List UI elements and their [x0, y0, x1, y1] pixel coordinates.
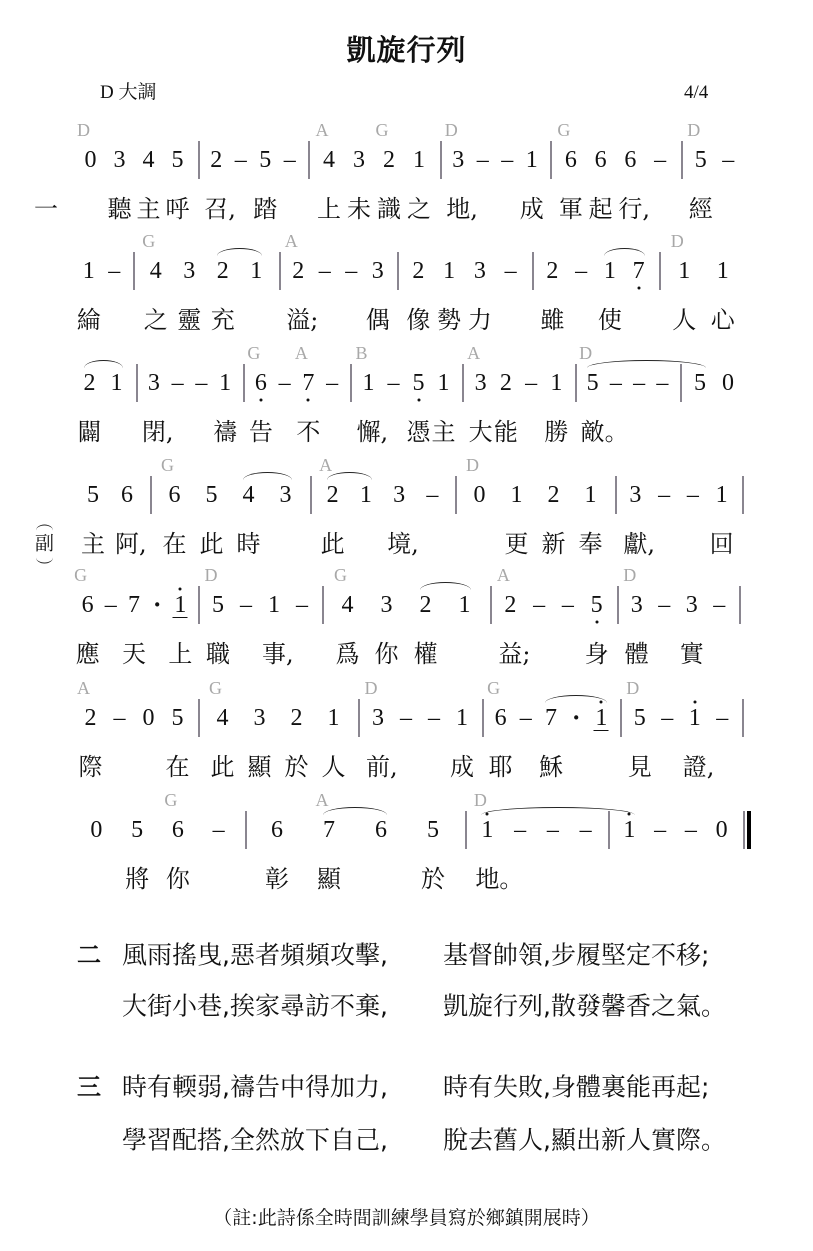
sustain-dash: –	[716, 706, 728, 730]
note: 5	[172, 706, 184, 730]
lyric-syllable: 人	[672, 308, 696, 332]
sustain-dash: –	[722, 148, 734, 172]
lyric-syllable: 穌	[539, 755, 563, 779]
bar-line	[462, 364, 464, 402]
octave-dot-below	[417, 399, 420, 402]
bar-line	[608, 811, 610, 849]
lyric-syllable: 綸	[77, 308, 101, 332]
lyric-syllable: 上	[168, 642, 192, 666]
note: 1	[443, 259, 455, 283]
sustain-dash: –	[575, 259, 587, 283]
lyric-syllable: 權	[414, 642, 438, 666]
lyric-syllable: 勝	[544, 420, 568, 444]
lyric-syllable: 未	[347, 197, 371, 221]
chord-symbol: G	[209, 679, 222, 697]
lyric-syllable: 勢	[437, 308, 461, 332]
sustain-dash: –	[319, 259, 331, 283]
bar-line	[659, 252, 661, 290]
bar-line	[322, 586, 324, 624]
lyric-syllable: 靈	[177, 308, 201, 332]
chord-symbol: G	[164, 791, 177, 809]
chord-symbol: A	[319, 456, 332, 474]
lyric-syllable: 經	[689, 197, 713, 221]
chord-symbol: A	[467, 344, 480, 362]
sustain-dash: –	[428, 706, 440, 730]
sustain-dash: –	[713, 593, 725, 617]
octave-dot-below	[637, 287, 640, 290]
sustain-dash: –	[213, 818, 225, 842]
note: 4	[243, 483, 255, 507]
slur	[327, 472, 372, 480]
sustain-dash: –	[388, 371, 400, 395]
slur	[323, 807, 387, 815]
note: 3	[474, 259, 486, 283]
lyric-syllable: 職	[206, 642, 230, 666]
note: 0	[716, 818, 728, 842]
augmentation-dot: ·	[572, 705, 581, 731]
lyric-syllable: 身	[585, 642, 609, 666]
lyric-syllable: 之	[407, 197, 431, 221]
note: 1	[604, 259, 616, 283]
chord-symbol: D	[466, 456, 479, 474]
note: 6	[595, 148, 607, 172]
bar-line	[455, 476, 457, 514]
sustain-dash: –	[345, 259, 357, 283]
lyric-syllable: 大	[469, 420, 493, 444]
note: 1	[689, 706, 701, 730]
note: 1	[250, 259, 262, 283]
lyric-syllable: 此	[321, 532, 345, 556]
lyric-syllable: 顯	[248, 755, 272, 779]
lyric-syllable: 力	[468, 308, 492, 332]
lyric-syllable: 呼	[166, 197, 190, 221]
note: 2	[292, 259, 304, 283]
note: 7	[633, 259, 645, 283]
note: 3	[686, 593, 698, 617]
note: 0	[85, 148, 97, 172]
sustain-dash: –	[685, 818, 697, 842]
chord-symbol: G	[161, 456, 174, 474]
verse-line: 時有輭弱,禱告中得加力,	[122, 1075, 388, 1100]
verse-line: 風雨搖曳,惡者頻頻攻擊,	[122, 943, 388, 968]
verse-line: 脫去舊人,顯出新人實際。	[443, 1128, 726, 1153]
verse-number: 二	[77, 943, 101, 967]
bar-line	[279, 252, 281, 290]
lyric-syllable: 闢	[78, 420, 102, 444]
note: 6	[271, 818, 283, 842]
note: 1	[595, 706, 607, 730]
note: 4	[342, 593, 354, 617]
lyric-syllable: 此	[200, 532, 224, 556]
note: 6	[169, 483, 181, 507]
chord-symbol: A	[295, 344, 308, 362]
octave-dot-above	[693, 701, 696, 704]
lyric-syllable: 告	[249, 420, 273, 444]
lyric-syllable: 軍	[559, 197, 583, 221]
note: 2	[546, 259, 558, 283]
chord-symbol: D	[579, 344, 592, 362]
sustain-dash: –	[501, 148, 513, 172]
sustain-dash: –	[172, 371, 184, 395]
lyric-syllable: 在	[166, 755, 190, 779]
sustain-dash: –	[661, 706, 673, 730]
lyric-syllable: 實	[680, 642, 704, 666]
lyric-syllable: 地,	[446, 197, 478, 221]
note: 5	[87, 483, 99, 507]
sustain-dash: –	[656, 371, 668, 395]
sustain-dash: –	[284, 148, 296, 172]
lyric-syllable: 成	[450, 755, 474, 779]
lyric-syllable: 能	[494, 420, 518, 444]
sustain-dash: –	[654, 818, 666, 842]
chord-symbol: G	[557, 121, 570, 139]
note: 2	[383, 148, 395, 172]
bar-line	[198, 586, 200, 624]
lyric-syllable: 主	[81, 532, 105, 556]
verse-line: 大街小巷,挨家尋訪不棄,	[122, 994, 388, 1019]
note: 2	[420, 593, 432, 617]
refrain-marker: 副	[35, 535, 54, 554]
verse-number: 三	[77, 1075, 101, 1099]
sustain-dash: –	[533, 593, 545, 617]
note: 0	[90, 818, 102, 842]
chord-symbol: G	[74, 566, 87, 584]
bar-line	[198, 141, 200, 179]
lyric-syllable: 體	[625, 642, 649, 666]
note: 1	[511, 483, 523, 507]
note: 2	[548, 483, 560, 507]
lyric-syllable: 顯	[317, 867, 341, 891]
bar-line	[617, 586, 619, 624]
note: 3	[393, 483, 405, 507]
note: 1	[550, 371, 562, 395]
sustain-dash: –	[525, 371, 537, 395]
lyric-syllable: 起	[589, 197, 613, 221]
sustain-dash: –	[580, 818, 592, 842]
sustain-dash: –	[240, 593, 252, 617]
lyric-syllable: 耶	[489, 755, 513, 779]
sustain-dash: –	[547, 818, 559, 842]
bar-line	[440, 141, 442, 179]
note: 4	[143, 148, 155, 172]
note: 5	[591, 593, 603, 617]
lyric-syllable: 雖	[540, 308, 564, 332]
slur	[604, 248, 645, 256]
sustain-dash: –	[105, 593, 117, 617]
lyric-syllable: 獻,	[623, 532, 655, 556]
note: 2	[412, 259, 424, 283]
final-barline-thin	[743, 811, 745, 849]
note: 6	[82, 593, 94, 617]
octave-dot-above	[179, 588, 182, 591]
bar-line	[245, 811, 247, 849]
chord-symbol: D	[687, 121, 700, 139]
slur	[545, 695, 607, 703]
note: 5	[694, 371, 706, 395]
note: 3	[114, 148, 126, 172]
lyric-syllable: 奉	[579, 532, 603, 556]
slur	[587, 360, 706, 368]
chord-symbol: A	[285, 232, 298, 250]
note: 6	[255, 371, 267, 395]
note: 1	[481, 818, 493, 842]
bar-line	[310, 476, 312, 514]
chord-symbol: D	[623, 566, 636, 584]
chord-symbol: G	[334, 566, 347, 584]
note: 4	[217, 706, 229, 730]
bar-line	[397, 252, 399, 290]
sustain-dash: –	[658, 483, 670, 507]
note: 3	[629, 483, 641, 507]
octave-dot-below	[307, 399, 310, 402]
note: 3	[280, 483, 292, 507]
lyric-syllable: 主	[432, 420, 456, 444]
lyric-syllable: 彰	[265, 867, 289, 891]
chord-symbol: G	[487, 679, 500, 697]
sustain-dash: –	[654, 148, 666, 172]
note: 6	[565, 148, 577, 172]
note: 1	[717, 259, 729, 283]
bar-line	[243, 364, 245, 402]
octave-dot-below	[595, 621, 598, 624]
note: 3	[381, 593, 393, 617]
note: 5	[206, 483, 218, 507]
note: 6	[624, 148, 636, 172]
lyric-syllable: 爲	[336, 642, 360, 666]
bar-line	[742, 699, 744, 737]
sustain-dash: –	[514, 818, 526, 842]
note: 1	[328, 706, 340, 730]
lyric-syllable: 心	[711, 308, 735, 332]
lyric-syllable: 人	[322, 755, 346, 779]
chord-symbol: G	[247, 344, 260, 362]
note: 5	[172, 148, 184, 172]
note: 3	[148, 371, 160, 395]
sustain-dash: –	[108, 259, 120, 283]
bar-line	[308, 141, 310, 179]
bar-line	[133, 252, 135, 290]
note: 2	[291, 706, 303, 730]
chord-symbol: A	[77, 679, 90, 697]
bar-line	[620, 699, 622, 737]
note: 7	[128, 593, 140, 617]
lyric-syllable: 時	[237, 532, 261, 556]
chord-symbol: A	[316, 791, 329, 809]
lyric-syllable: 成	[520, 197, 544, 221]
note: 1	[111, 371, 123, 395]
lyric-syllable: 更	[505, 532, 529, 556]
eighth-note-underline	[173, 617, 188, 618]
note: 0	[474, 483, 486, 507]
note: 6	[375, 818, 387, 842]
note: 3	[254, 706, 266, 730]
lyric-syllable: 你	[375, 642, 399, 666]
chord-symbol: D	[445, 121, 458, 139]
sheet-music-page: 凱旋行列 D 大調 4/4 一0D3聽4主5呼2召,–5踏–4A上3未2G識1之…	[0, 0, 813, 1251]
note: 3	[452, 148, 464, 172]
slur	[84, 360, 123, 368]
sustain-dash: –	[633, 371, 645, 395]
note: 6	[121, 483, 133, 507]
note: 1	[526, 148, 538, 172]
sustain-dash: –	[400, 706, 412, 730]
sustain-dash: –	[505, 259, 517, 283]
note: 1	[623, 818, 635, 842]
song-title: 凱旋行列	[0, 32, 813, 68]
chord-symbol: A	[497, 566, 510, 584]
sustain-dash: –	[296, 593, 308, 617]
lyric-syllable: 踏	[253, 197, 277, 221]
lyric-syllable: 在	[163, 532, 187, 556]
lyric-syllable: 境,	[387, 532, 419, 556]
verse-number: 一	[34, 197, 58, 221]
lyric-syllable: 天	[122, 642, 146, 666]
lyric-syllable: 識	[377, 197, 401, 221]
note: 3	[372, 259, 384, 283]
note: 2	[210, 148, 222, 172]
lyric-syllable: 憑	[407, 420, 431, 444]
note: 7	[302, 371, 314, 395]
chord-symbol: A	[316, 121, 329, 139]
lyric-syllable: 於	[285, 755, 309, 779]
lyric-syllable: 益;	[498, 642, 530, 666]
sustain-dash: –	[235, 148, 247, 172]
lyric-syllable: 召,	[204, 197, 236, 221]
sustain-dash: –	[520, 706, 532, 730]
verse-line: 凱旋行列,散發馨香之氣。	[443, 994, 726, 1019]
note: 5	[413, 371, 425, 395]
note: 5	[259, 148, 271, 172]
eighth-note-underline	[594, 730, 609, 731]
bar-line	[681, 141, 683, 179]
bar-line	[465, 811, 467, 849]
sustain-dash: –	[426, 483, 438, 507]
sustain-dash: –	[477, 148, 489, 172]
sustain-dash: –	[562, 593, 574, 617]
note: 1	[174, 593, 186, 617]
chord-symbol: D	[626, 679, 639, 697]
note: 2	[327, 483, 339, 507]
sustain-dash: –	[279, 371, 291, 395]
note: 1	[219, 371, 231, 395]
lyric-syllable: 主	[137, 197, 161, 221]
lyric-syllable: 阿,	[115, 532, 147, 556]
note: 1	[438, 371, 450, 395]
augmentation-dot: ·	[153, 592, 162, 618]
bar-line	[350, 364, 352, 402]
bar-line	[739, 586, 741, 624]
lyric-syllable: 將	[125, 867, 149, 891]
note: 5	[695, 148, 707, 172]
lyric-syllable: 偶	[366, 308, 390, 332]
note: 1	[268, 593, 280, 617]
lyric-syllable: 不	[296, 420, 320, 444]
slur	[243, 472, 292, 480]
chord-symbol: B	[355, 344, 367, 362]
chord-symbol: D	[365, 679, 378, 697]
lyric-syllable: 事,	[262, 642, 294, 666]
note: 2	[84, 371, 96, 395]
note: 1	[456, 706, 468, 730]
note: 5	[427, 818, 439, 842]
chord-symbol: D	[671, 232, 684, 250]
note: 2	[217, 259, 229, 283]
bar-line	[198, 699, 200, 737]
time-signature: 4/4	[684, 81, 708, 105]
note: 1	[413, 148, 425, 172]
sustain-dash: –	[658, 593, 670, 617]
note: 2	[504, 593, 516, 617]
lyric-syllable: 新	[542, 532, 566, 556]
key-signature: D 大調	[100, 81, 156, 105]
note: 1	[360, 483, 372, 507]
note: 7	[323, 818, 335, 842]
lyric-syllable: 應	[76, 642, 100, 666]
bar-line	[532, 252, 534, 290]
final-barline-thick	[747, 811, 751, 849]
sustain-dash: –	[114, 706, 126, 730]
note: 5	[587, 371, 599, 395]
lyric-syllable: 懈,	[357, 420, 389, 444]
bar-line	[136, 364, 138, 402]
bar-line	[615, 476, 617, 514]
sustain-dash: –	[195, 371, 207, 395]
octave-dot-below	[259, 399, 262, 402]
bar-line	[550, 141, 552, 179]
chord-symbol: G	[142, 232, 155, 250]
lyric-syllable: 行,	[618, 197, 650, 221]
lyric-syllable: 像	[406, 308, 430, 332]
note: 2	[85, 706, 97, 730]
verse-line: 時有失敗,身體裏能再起;	[443, 1075, 709, 1100]
lyric-syllable: 禱	[213, 420, 237, 444]
note: 1	[585, 483, 597, 507]
slur	[420, 582, 471, 590]
sustain-dash: –	[610, 371, 622, 395]
note: 5	[212, 593, 224, 617]
note: 1	[363, 371, 375, 395]
note: 3	[475, 371, 487, 395]
chord-symbol: D	[205, 566, 218, 584]
verse-line: 基督帥領,步履堅定不移;	[443, 943, 709, 968]
slur	[217, 248, 263, 256]
note: 3	[183, 259, 195, 283]
chord-symbol: G	[376, 121, 389, 139]
lyric-syllable: 回	[710, 532, 734, 556]
lyric-syllable: 於	[421, 867, 445, 891]
note: 0	[143, 706, 155, 730]
lyric-syllable: 敵。	[581, 420, 629, 444]
chord-symbol: D	[474, 791, 487, 809]
note: 4	[323, 148, 335, 172]
note: 1	[459, 593, 471, 617]
verse-line: 學習配搭,全然放下自己,	[122, 1128, 388, 1153]
slur	[481, 807, 635, 815]
note: 0	[722, 371, 734, 395]
bar-line	[575, 364, 577, 402]
note: 6	[495, 706, 507, 730]
note: 1	[678, 259, 690, 283]
bar-line	[490, 586, 492, 624]
note: 5	[131, 818, 143, 842]
lyric-syllable: 此	[211, 755, 235, 779]
lyric-syllable: 閉,	[142, 420, 174, 444]
lyric-syllable: 見	[628, 755, 652, 779]
note: 1	[716, 483, 728, 507]
bar-line	[742, 476, 744, 514]
note: 3	[353, 148, 365, 172]
lyric-syllable: 溢;	[286, 308, 318, 332]
